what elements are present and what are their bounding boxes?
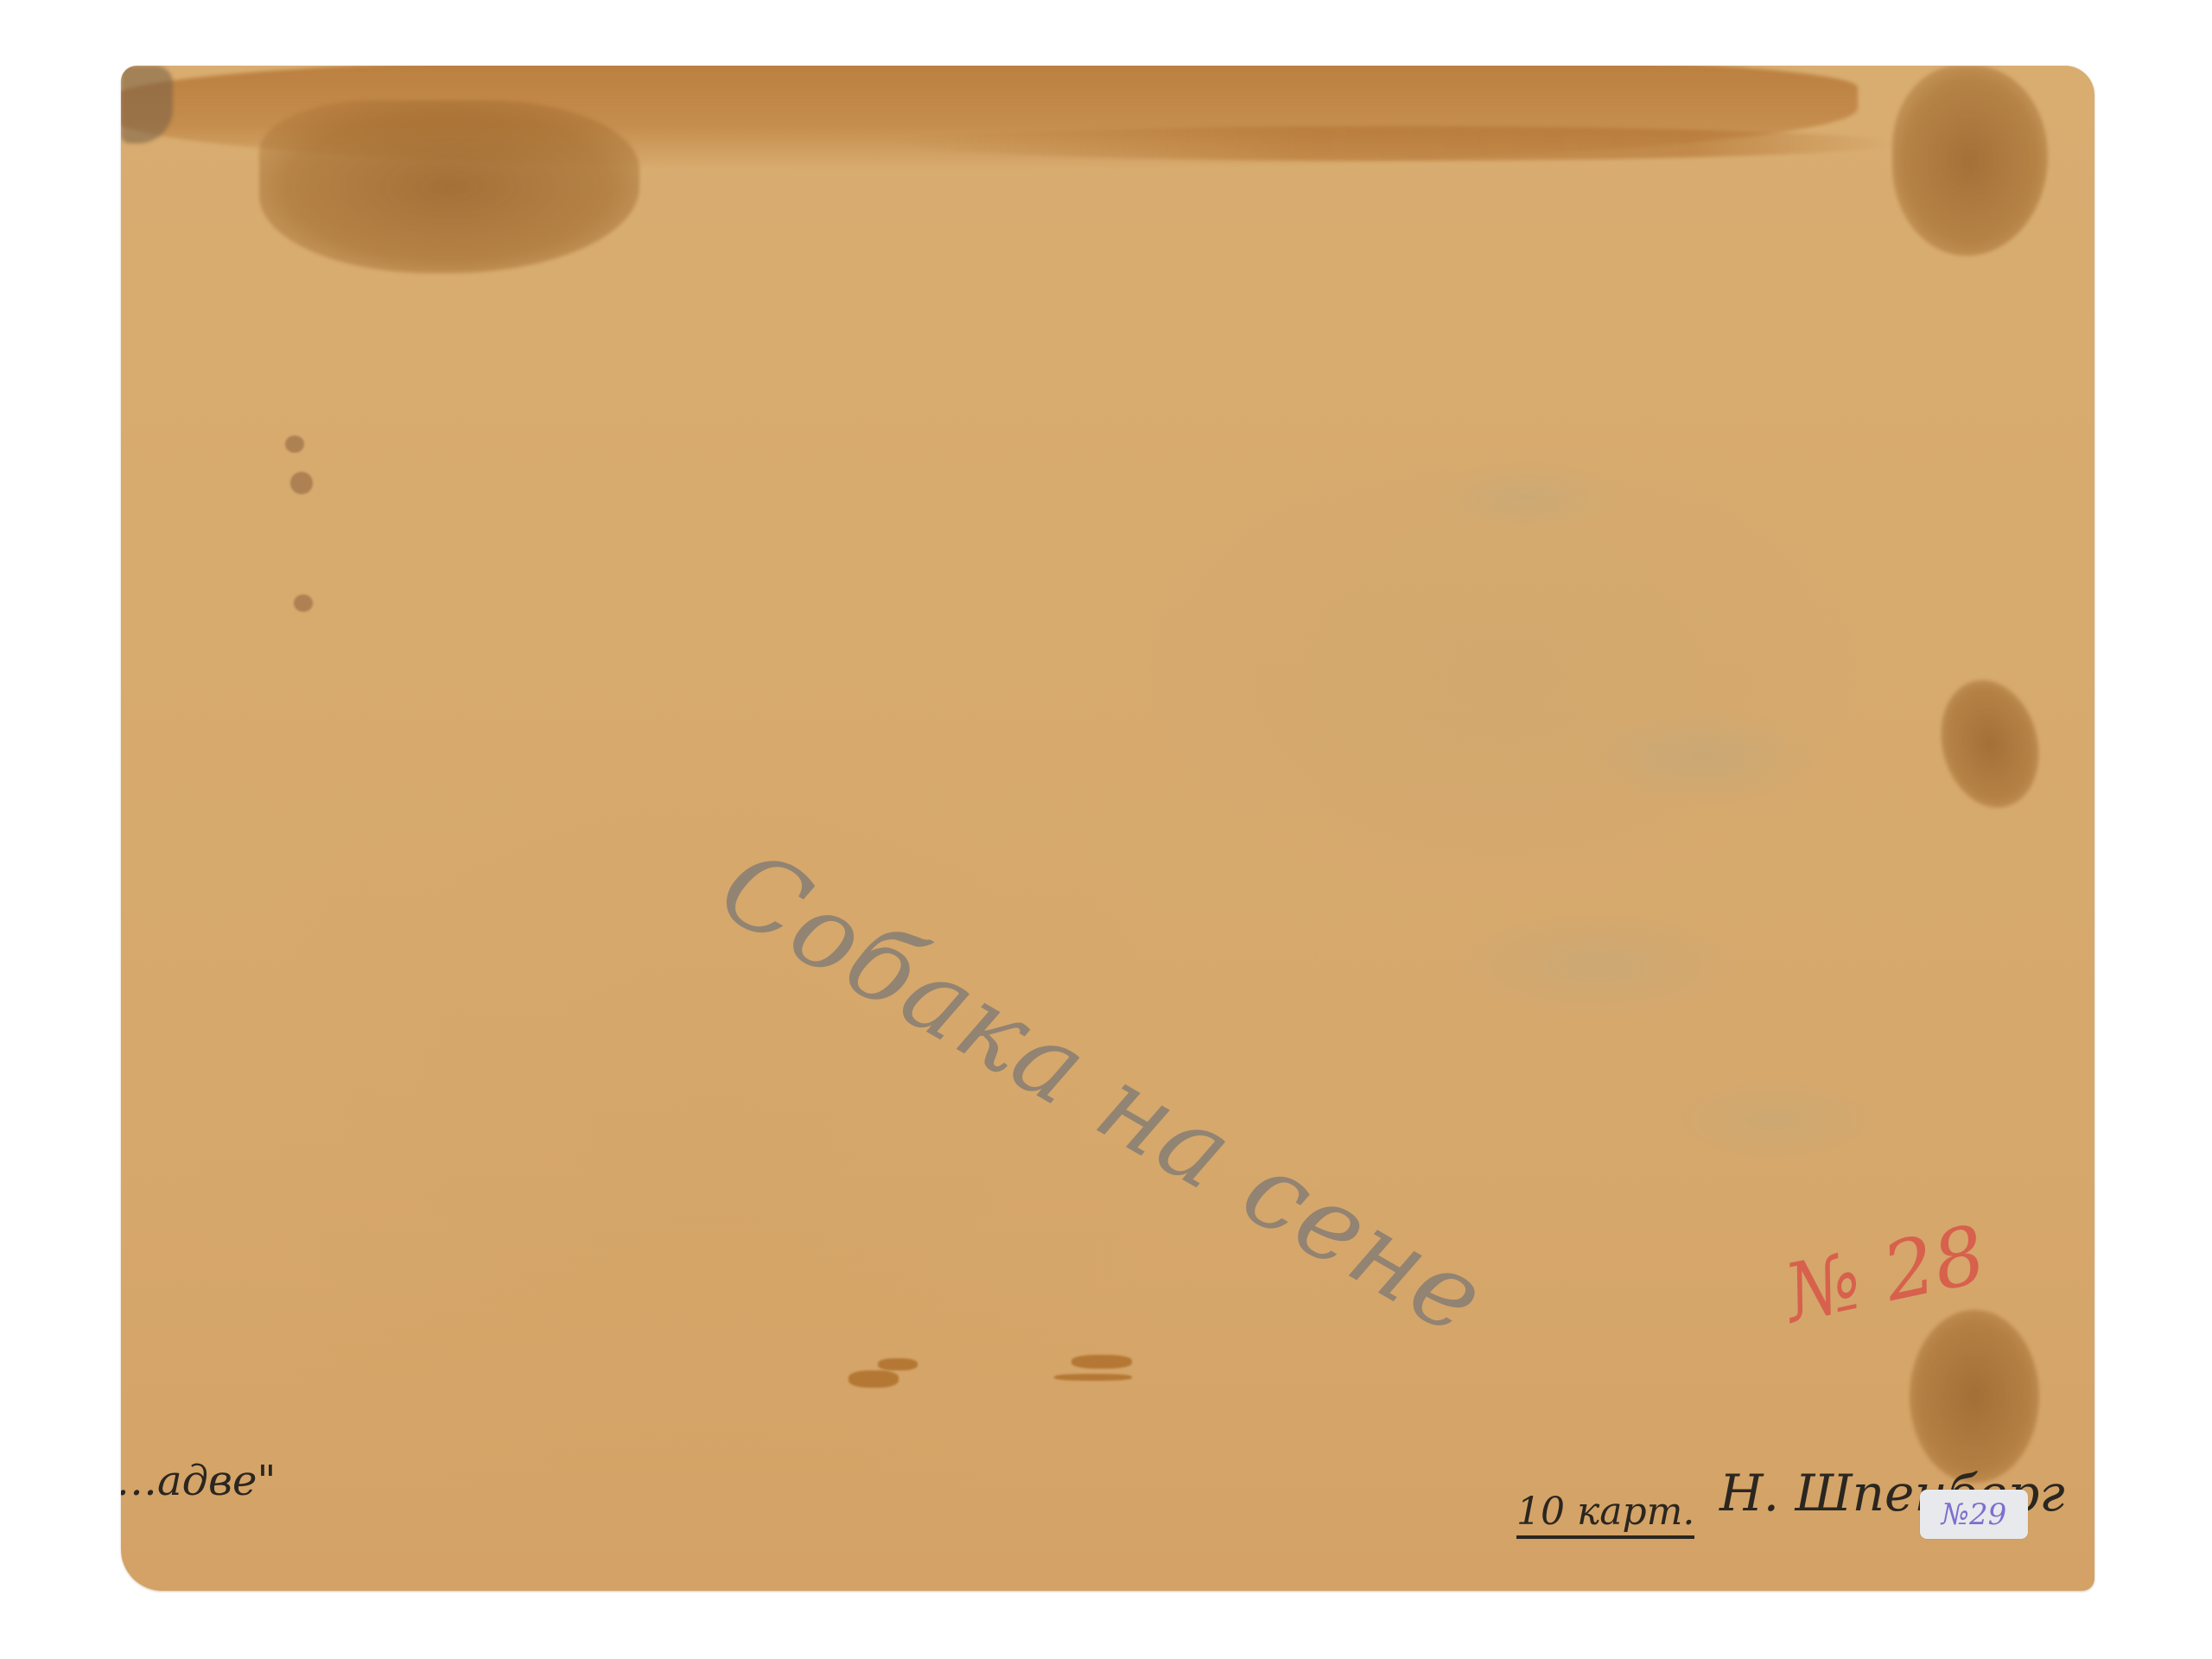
stain-right-top — [1892, 66, 2048, 256]
small-stain — [1054, 1374, 1132, 1381]
water-stain-top-left — [259, 100, 639, 273]
cardboard-backing: Собака на сене № 28 …адве" 10 карт. Н. Ш… — [121, 66, 2094, 1591]
small-stain — [878, 1358, 918, 1370]
small-stain — [849, 1370, 899, 1388]
spot-stain — [294, 594, 313, 612]
spot-stain — [290, 472, 313, 494]
left-fragment-inscription: …адве" — [121, 1457, 276, 1505]
small-stain — [1071, 1355, 1132, 1369]
inventory-label-sticker: №29 — [1920, 1490, 2028, 1539]
count-inscription: 10 карт. — [1516, 1490, 1694, 1539]
ghost-image-transfer — [1313, 290, 2022, 1327]
water-stain-top-streak — [899, 126, 1892, 161]
label-number: №29 — [1942, 1497, 2006, 1532]
spot-stain — [285, 435, 304, 453]
stain-right-bottom — [1910, 1310, 2039, 1483]
